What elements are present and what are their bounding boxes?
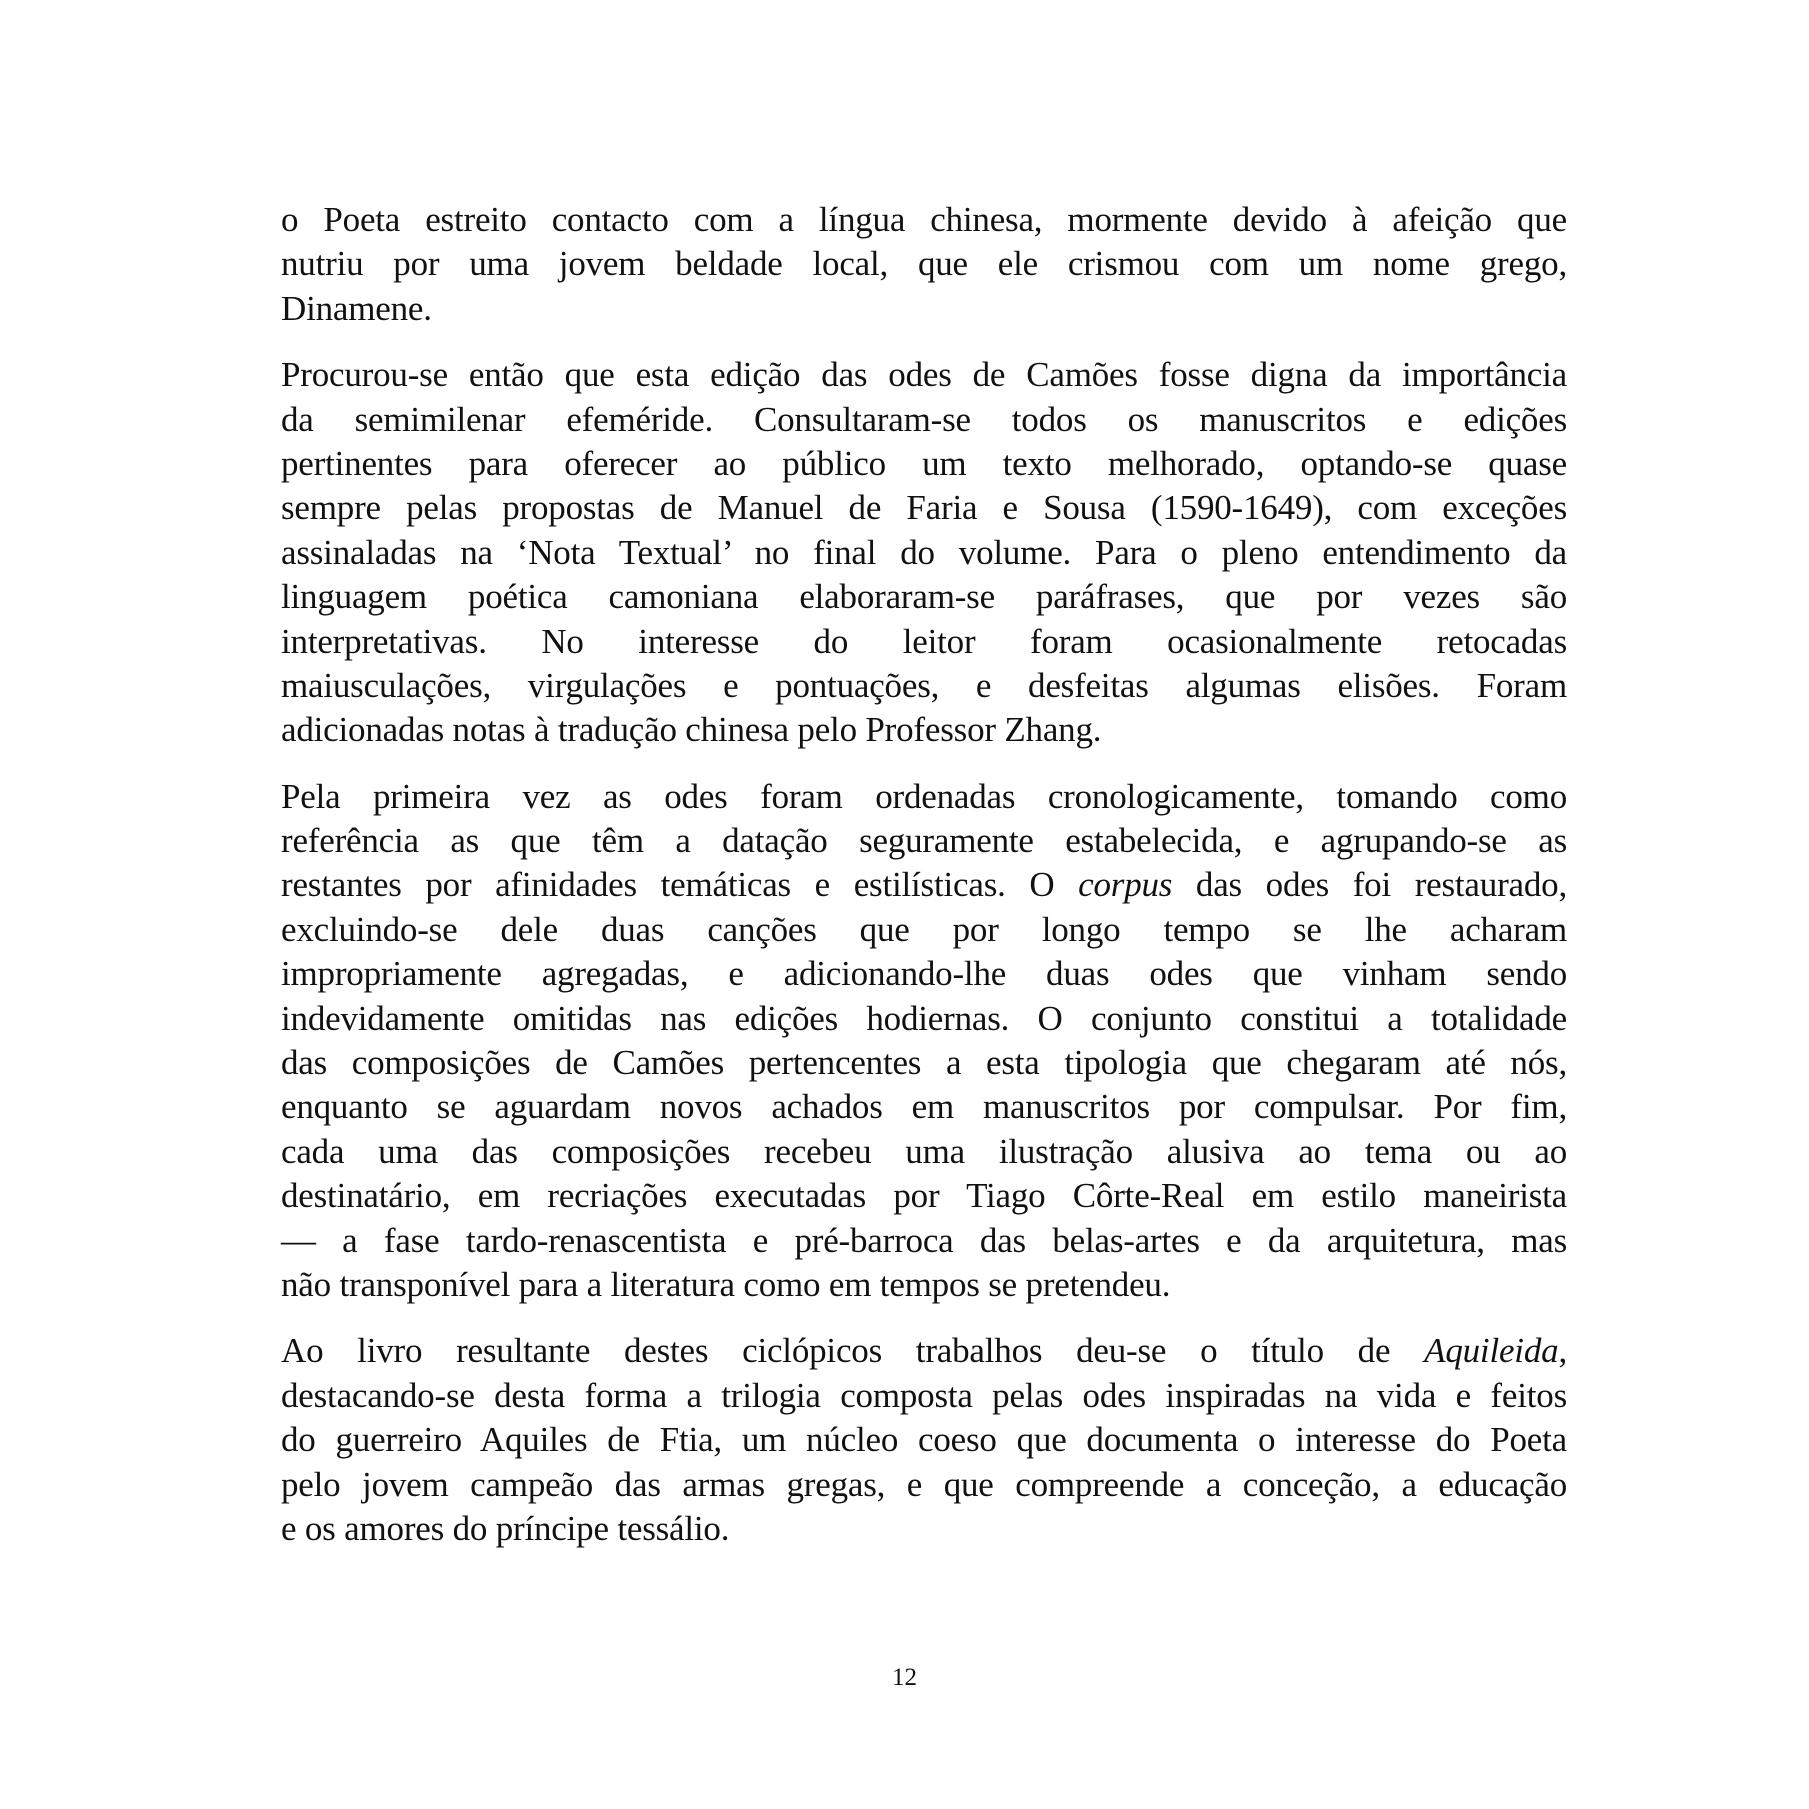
paragraph: Procurou-se então que esta edição das od…: [281, 353, 1567, 753]
text-run: Ao livro resultante destes ciclópicos tr…: [281, 1331, 1424, 1370]
text-line: assinaladas na ‘Nota Textual’ no final d…: [281, 531, 1567, 575]
text-line: o Poeta estreito contacto com a língua c…: [281, 198, 1567, 242]
paragraph: Pela primeira vez as odes foram ordenada…: [281, 775, 1567, 1308]
text-line: linguagem poética camoniana elaboraram-s…: [281, 575, 1567, 619]
text-line: impropriamente agregadas, e adicionando-…: [281, 952, 1567, 996]
text-line: maiusculações, virgulações e pontuações,…: [281, 664, 1567, 708]
text-line: referência as que têm a datação segurame…: [281, 819, 1567, 863]
paragraph: o Poeta estreito contacto com a língua c…: [281, 198, 1567, 331]
text-line: Pela primeira vez as odes foram ordenada…: [281, 775, 1567, 819]
text-line: Dinamene.: [281, 287, 1567, 331]
italic-term: Aquileida: [1424, 1331, 1558, 1370]
text-line: destinatário, em recriações executadas p…: [281, 1174, 1567, 1218]
text-run: ,: [1558, 1331, 1567, 1370]
text-line: nutriu por uma jovem beldade local, que …: [281, 242, 1567, 286]
text-run: das odes foi restaurado,: [1172, 865, 1567, 904]
italic-term: corpus: [1078, 865, 1172, 904]
body-text: o Poeta estreito contacto com a língua c…: [281, 198, 1567, 1573]
text-line: — a fase tardo-renascentista e pré-barro…: [281, 1219, 1567, 1263]
text-run: restantes por afinidades temáticas e est…: [281, 865, 1078, 904]
text-line: não transponível para a literatura como …: [281, 1263, 1567, 1307]
text-line: Procurou-se então que esta edição das od…: [281, 353, 1567, 397]
text-line: excluindo-se dele duas canções que por l…: [281, 908, 1567, 952]
text-line: Ao livro resultante destes ciclópicos tr…: [281, 1329, 1567, 1373]
text-line: restantes por afinidades temáticas e est…: [281, 863, 1567, 907]
paragraph: Ao livro resultante destes ciclópicos tr…: [281, 1329, 1567, 1551]
document-page: o Poeta estreito contacto com a língua c…: [0, 0, 1809, 1809]
page-number: 12: [0, 1664, 1809, 1692]
text-line: indevidamente omitidas nas edições hodie…: [281, 997, 1567, 1041]
text-line: destacando-se desta forma a trilogia com…: [281, 1374, 1567, 1418]
text-line: sempre pelas propostas de Manuel de Fari…: [281, 486, 1567, 530]
text-line: das composições de Camões pertencentes a…: [281, 1041, 1567, 1085]
text-line: da semimilenar efeméride. Consultaram-se…: [281, 398, 1567, 442]
text-line: adicionadas notas à tradução chinesa pel…: [281, 708, 1567, 752]
text-line: pelo jovem campeão das armas gregas, e q…: [281, 1463, 1567, 1507]
text-line: pertinentes para oferecer ao público um …: [281, 442, 1567, 486]
text-line: enquanto se aguardam novos achados em ma…: [281, 1085, 1567, 1129]
text-line: do guerreiro Aquiles de Ftia, um núcleo …: [281, 1418, 1567, 1462]
text-line: cada uma das composições recebeu uma ilu…: [281, 1130, 1567, 1174]
text-line: e os amores do príncipe tessálio.: [281, 1507, 1567, 1551]
text-line: interpretativas. No interesse do leitor …: [281, 620, 1567, 664]
